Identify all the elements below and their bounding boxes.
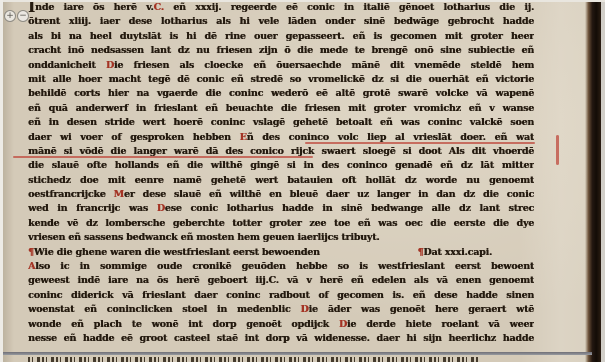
text-line: onddanicheit Die friesen als cloecke eñ … <box>28 59 534 73</box>
chapter-number: ¶Dat xxxi.capi. <box>417 246 492 260</box>
zoom-controls: + − <box>4 10 29 22</box>
text-line: geweest indē iare na ōs herē geboert iij… <box>28 274 534 288</box>
chapter-heading-line: ¶Wie die ghene waren die westfrieslant e… <box>28 246 534 260</box>
text-line: mit alle hoer macht tegē dē conic eñ str… <box>28 73 534 87</box>
text-segment: geweest indē iare na ōs herē geboert iij… <box>28 275 534 286</box>
text-segment: er dese slauē eñ wilthē en bleuē daer uz… <box>124 189 534 200</box>
text-segment: oestfrancrijcke <box>28 189 114 200</box>
text-segment: vriesen eñ sassens bedwanck eñ mosten he… <box>28 232 379 243</box>
text-segment: behildē corts hier na vgaerde die coninc… <box>28 88 534 99</box>
book-edge-shadow <box>585 0 601 362</box>
text-segment: ñ des coninco volc liep al vrieslāt doer… <box>247 132 534 143</box>
text-segment: ese conic lotharius hadde in sinē bedwan… <box>165 203 534 214</box>
text-segment: onddanicheit <box>28 60 106 71</box>
text-segment: ie āder was genoēt here geraert wtē <box>308 304 534 315</box>
text-segment: nde iare ōs herē v. <box>35 2 153 13</box>
text-segment: coninc diderick vā frieslant daer coninc… <box>28 290 534 301</box>
text-segment: nesse eñ hadde eē groot casteel staē int… <box>28 333 534 344</box>
frame-edge-top <box>0 0 605 2</box>
text-segment: eñ quā anderwerf in frieslant eñ beuacht… <box>28 103 534 114</box>
rubricated-letter: D <box>106 60 114 71</box>
rubricated-letter: D <box>157 203 165 214</box>
text-segment: cracht inō nedsassen lant dz nu friesen … <box>28 45 534 56</box>
manuscript-page: Inde iare ōs herē v.C. eñ xxxij. regeerd… <box>0 0 601 362</box>
frame-edge-left <box>0 0 3 362</box>
text-line: wed in francrijc was Dese conic lothariu… <box>28 202 534 216</box>
text-line: vriesen eñ sassens bedwanck eñ mosten he… <box>28 231 534 245</box>
text-segment: daer wi voer of gesproken hebben <box>28 132 240 143</box>
text-line: die slauē ofte hollands eñ die wilthē gi… <box>28 159 534 173</box>
zoom-out-button[interactable]: − <box>17 10 29 22</box>
text-segment: eñ xxxij. regeerde eē conic in italiē gē… <box>164 2 534 13</box>
text-segment: stichedz doe mit eenre namē gehetē wert … <box>28 175 534 186</box>
text-line: eñ in desen stride wert hoerē coninc vsl… <box>28 116 534 130</box>
clipped-text-row <box>28 357 480 362</box>
text-line: eñ quā anderwerf in frieslant eñ beuacht… <box>28 102 534 116</box>
text-line: woenstat eñ coninclicken stoel in medenb… <box>28 303 534 317</box>
text-segment: wed in francrijc was <box>28 203 157 214</box>
text-segment: lso ic in sommige oude cronikē geuōden h… <box>35 261 534 272</box>
heading-left: ¶Wie die ghene waren die westfrieslant e… <box>28 246 320 260</box>
text-segment: Dat xxxi.capi. <box>423 247 492 258</box>
book-scan-viewer: Inde iare ōs herē v.C. eñ xxxij. regeerd… <box>0 0 605 362</box>
text-line: coninc diderick vā frieslant daer coninc… <box>28 289 534 303</box>
text-segment: wonde eñ plach te wonē int dorp genoēt o… <box>28 319 339 330</box>
rubricated-letter: C. <box>153 2 163 13</box>
text-line: wonde eñ plach te wonē int dorp genoēt o… <box>28 318 534 332</box>
text-line: oestfrancrijcke Mer dese slauē eñ wilthē… <box>28 188 534 202</box>
zoom-in-button[interactable]: + <box>4 10 16 22</box>
text-line: kende vē dz lombersche geberchte totter … <box>28 217 534 231</box>
text-block: Inde iare ōs herē v.C. eñ xxxij. regeerd… <box>28 1 534 346</box>
rubricated-letter: D <box>339 319 347 330</box>
text-segment: die slauē ofte hollands eñ die wilthē gi… <box>28 160 534 171</box>
text-segment: ie derde hiete roelant vā weer <box>347 319 534 330</box>
text-segment: ie friesen als cloecke eñ ōuersaechde mā… <box>114 60 534 71</box>
text-segment: mit alle hoer macht tegē dē conic eñ str… <box>28 74 534 85</box>
drop-cap-initial: I <box>28 0 35 16</box>
text-segment: eñ in desen stride wert hoerē coninc vsl… <box>28 117 534 128</box>
rubricated-letter: M <box>114 189 124 200</box>
text-line: Inde iare ōs herē v.C. eñ xxxij. regeerd… <box>28 1 534 15</box>
text-line: ōtrent xliij. iaer dese lotharius als hi… <box>28 15 534 29</box>
rubricated-letter: E <box>240 132 247 143</box>
text-line: stichedz doe mit eenre namē gehetē wert … <box>28 174 534 188</box>
scan-background-strip <box>601 0 605 362</box>
text-segment: Wie die ghene waren die westfrieslant ee… <box>34 247 320 258</box>
text-segment: woenstat eñ coninclicken stoel in medenb… <box>28 304 300 315</box>
red-margin-bracket <box>556 135 559 165</box>
viewport-divider-line <box>0 352 592 355</box>
text-line: cracht inō nedsassen lant dz nu friesen … <box>28 44 534 58</box>
text-line: Also ic in sommige oude cronikē geuōden … <box>28 260 534 274</box>
text-line: als bi na heel duytslāt is hi dē rine ou… <box>28 30 534 44</box>
text-line: behildē corts hier na vgaerde die coninc… <box>28 87 534 101</box>
text-segment: als bi na heel duytslāt is hi dē rine ou… <box>28 31 534 42</box>
text-segment: kende vē dz lombersche geberchte totter … <box>28 218 534 229</box>
text-segment: ōtrent xliij. iaer dese lotharius als hi… <box>28 16 534 27</box>
text-line: nesse eñ hadde eē groot casteel staē int… <box>28 332 534 346</box>
